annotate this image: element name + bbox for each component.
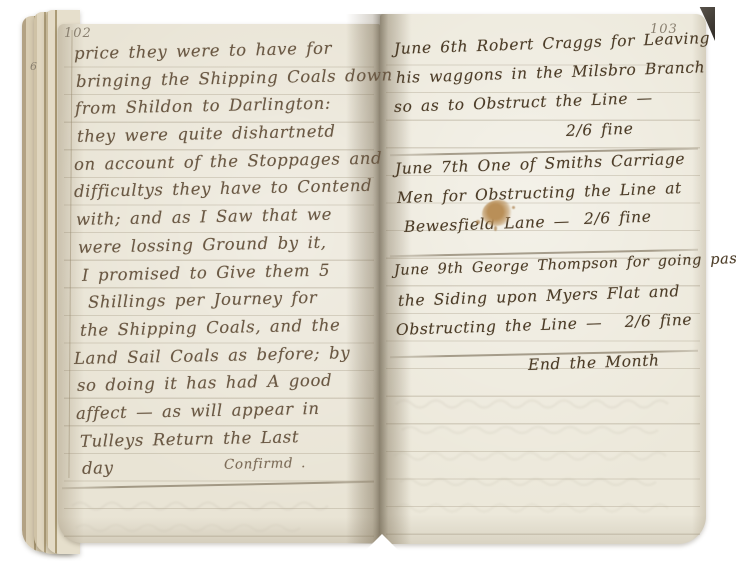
ink-stain	[482, 200, 512, 226]
fine-amount: 2/6 fine	[584, 208, 652, 228]
manuscript-photo: 102 6 price they were to have for bringi…	[0, 0, 736, 576]
day-word: day	[82, 454, 114, 482]
fine-amount: 2/6 fine	[624, 311, 692, 331]
confirm-note: Confirmd .	[224, 450, 307, 479]
left-page-text: price they were to have for bringing the…	[74, 40, 372, 483]
manuscript-line: day Confirmd .	[74, 449, 373, 483]
margin-note: 6	[30, 60, 38, 73]
fine-amount: 2/6 fine	[566, 120, 634, 140]
